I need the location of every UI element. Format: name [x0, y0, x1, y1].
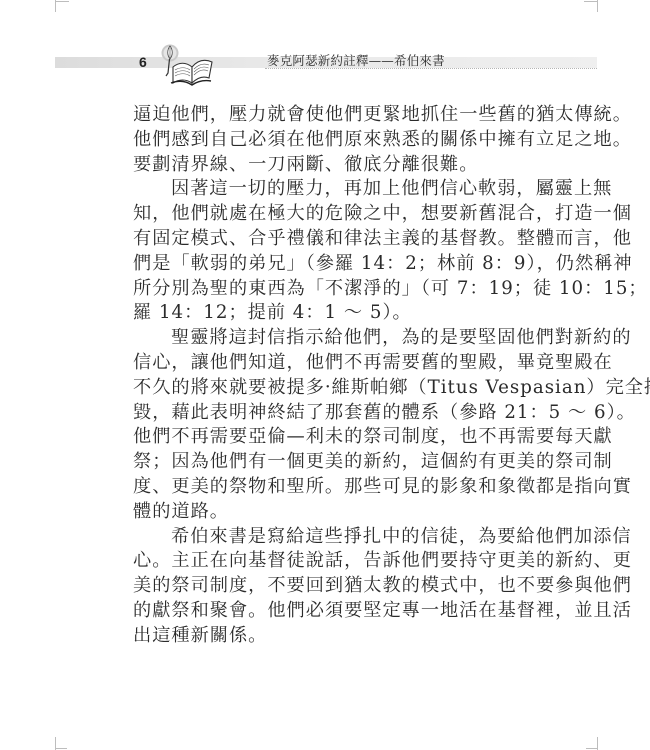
body-text: 逼迫他們，壓力就會使他們更緊地抓住一些舊的猶太傳統。 他們感到自己必須在他們原來… [133, 103, 525, 649]
text-line: 聖靈將這封信指示給他們，為的是要堅固他們對新約的 [133, 326, 525, 351]
text-line: 的獻祭和聚會。他們必須要堅定專一地活在基督裡，並且活 [133, 599, 525, 624]
text-line: 因著這一切的壓力，再加上他們信心軟弱，屬靈上無 [133, 177, 525, 202]
text-line: 美的祭司制度，不要回到猶太教的模式中，也不要參與他們 [133, 574, 525, 599]
paragraph: 希伯來書是寫給這些掙扎中的信徒，為要給他們加添信 心。主正在向基督徒說話，告訴他… [133, 525, 525, 649]
text-line: 要劃清界線、一刀兩斷、徹底分離很難。 [133, 153, 525, 178]
text-line: 出這種新關係。 [133, 624, 525, 649]
text-line: 所分別為聖的東西為「不潔淨的」（可 7：19；徒 10：15； [133, 277, 525, 302]
text-line: 心。主正在向基督徒說話，告訴他們要持守更美的新約、更 [133, 549, 525, 574]
text-line: 逼迫他們，壓力就會使他們更緊地抓住一些舊的猶太傳統。 [133, 103, 525, 128]
page-number: 6 [139, 54, 147, 70]
text-line: 體的道路。 [133, 500, 525, 525]
crop-mark-top-right-horizontal [584, 1, 598, 2]
text-line: 他們不再需要亞倫—利未的祭司制度，也不再需要每天獻 [133, 425, 525, 450]
text-line: 度、更美的祭物和聖所。那些可見的影象和象徵都是指向實 [133, 475, 525, 500]
text-line: 希伯來書是寫給這些掙扎中的信徒，為要給他們加添信 [133, 525, 525, 550]
text-line: 他們感到自己必須在他們原來熟悉的關係中擁有立足之地。 [133, 128, 525, 153]
text-line: 祭；因為他們有一個更美的新約，這個約有更美的祭司制 [133, 450, 525, 475]
crop-mark-top-left-horizontal [55, 1, 69, 2]
text-line: 毀，藉此表明神終結了那套舊的體系（參路 21：5 ～ 6）。 [133, 401, 525, 426]
book-with-quill-icon [159, 43, 219, 87]
crop-mark-bottom-left-horizontal [55, 748, 67, 749]
text-line: 們是「軟弱的弟兄」（參羅 14：2；林前 8：9），仍然稱神 [133, 252, 525, 277]
text-line: 不久的將來就要被提多·維斯帕鄉（Titus Vespasian）完全摧 [133, 376, 525, 401]
text-line: 知，他們就處在極大的危險之中，想要新舊混合，打造一個 [133, 202, 525, 227]
paragraph: 聖靈將這封信指示給他們，為的是要堅固他們對新約的 信心，讓他們知道，他們不再需要… [133, 326, 525, 524]
running-header: 6 麥克阿瑟新約註釋——希伯來書 [55, 57, 597, 69]
text-line: 羅 14：12；提前 4：1 ～ 5）。 [133, 301, 525, 326]
paragraph: 逼迫他們，壓力就會使他們更緊地抓住一些舊的猶太傳統。 他們感到自己必須在他們原來… [133, 103, 525, 177]
paragraph: 因著這一切的壓力，再加上他們信心軟弱，屬靈上無 知，他們就處在極大的危險之中，想… [133, 177, 525, 326]
running-title: 麥克阿瑟新約註釋——希伯來書 [267, 53, 445, 69]
crop-mark-bottom-right-horizontal [586, 748, 598, 749]
text-line: 有固定模式、合乎禮儀和律法主義的基督教。整體而言，他 [133, 227, 525, 252]
text-line: 信心，讓他們知道，他們不再需要舊的聖殿，畢竟聖殿在 [133, 351, 525, 376]
